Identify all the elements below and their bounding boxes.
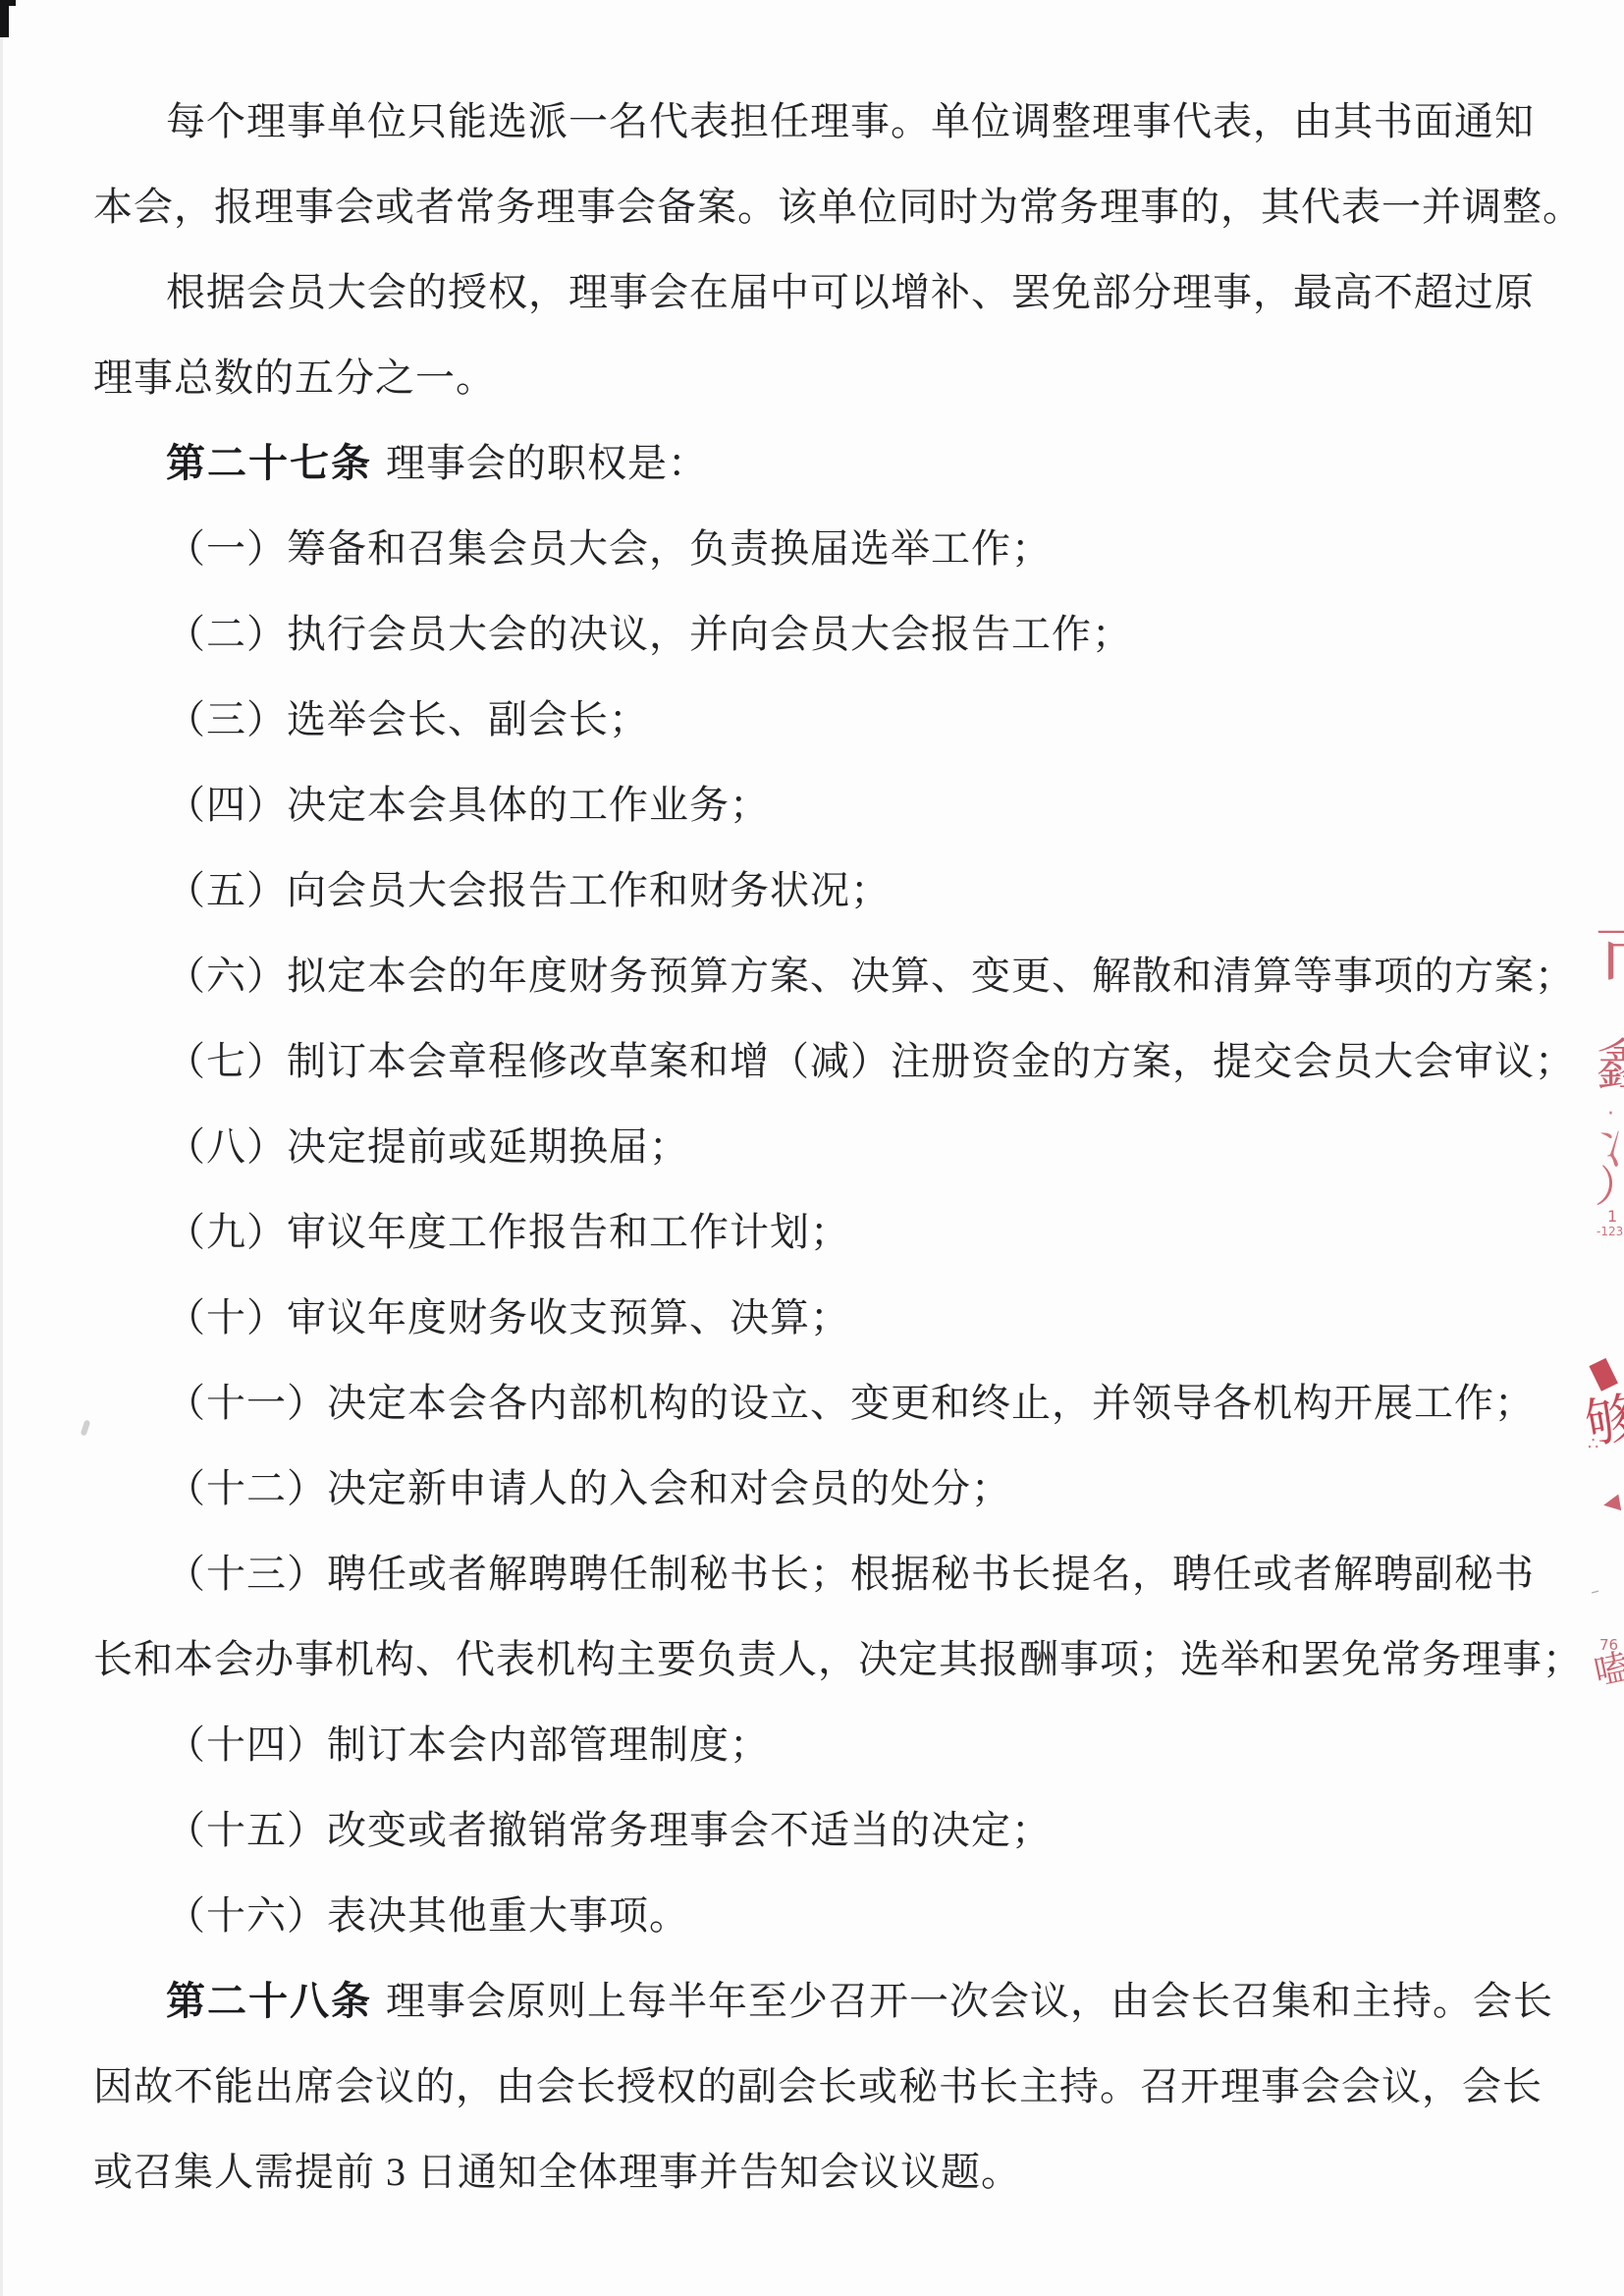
text-run: （九）审议年度工作报告和工作计划； (166, 1210, 850, 1254)
red-stamp-fragment: 鑫 (1597, 1039, 1624, 1094)
red-stamp-fragment: 够 (1582, 1391, 1624, 1452)
red-stamp-fragment: 冫 (1595, 1120, 1624, 1175)
text-run: （十六）表决其他重大事项。 (166, 1893, 689, 1938)
text-run: （十三）聘任或者解聘聘任制秘书长；根据秘书长提名，聘任或者解聘副秘书 (166, 1552, 1535, 1596)
text-run: （十二）决定新申请人的入会和对会员的处分； (166, 1466, 1011, 1510)
article-number: 第二十七条 (166, 442, 372, 485)
scan-corner-artifact-top (0, 0, 16, 6)
text-run: 长和本会办事机构、代表机构主要负责人，决定其报酬事项；选举和罢免常务理事； (93, 1637, 1583, 1681)
scan-speck-artifact (81, 1419, 91, 1436)
text-line: 本会，报理事会或者常务理事会备案。该单位同时为常务理事的，其代表一并调整。 (93, 164, 1566, 249)
text-line: 每个理事单位只能选派一名代表担任理事。单位调整理事代表，由其书面通知 (93, 79, 1566, 164)
red-stamp-fragment: ◀ (1601, 1492, 1621, 1516)
article-number: 第二十八条 (166, 1980, 372, 2023)
text-run: 或召集人需提前 3 日通知全体理事并告知会议议题。 (93, 2150, 1021, 2194)
text-line: （十四）制订本会内部管理制度； (93, 1702, 1566, 1787)
text-run: （十五）改变或者撤销常务理事会不适当的决定； (166, 1808, 1052, 1852)
scanned-document-page: 每个理事单位只能选派一名代表担任理事。单位调整理事代表，由其书面通知本会，报理事… (0, 0, 1624, 2296)
text-line: （十）审议年度财务收支预算、决算； (93, 1275, 1566, 1360)
document-text: 每个理事单位只能选派一名代表担任理事。单位调整理事代表，由其书面通知本会，报理事… (93, 79, 1566, 2214)
text-line: （十一）决定本会各内部机构的设立、变更和终止，并领导各机构开展工作； (93, 1360, 1566, 1446)
text-run: （五）向会员大会报告工作和财务状况； (166, 868, 891, 912)
red-stamp-fragment: -123 (1597, 1226, 1623, 1237)
red-stamp-fragment: ∴ (1588, 1436, 1598, 1453)
text-run: 理事会原则上每半年至少召开一次会议，由会长召集和主持。会长 (386, 1979, 1553, 2023)
text-run: 因故不能出席会议的，由会长授权的副会长或秘书长主持。召开理事会会议，会长 (93, 2064, 1543, 2108)
text-line: 第二十八条理事会原则上每半年至少召开一次会议，由会长召集和主持。会长 (93, 1958, 1566, 2044)
text-line: （十五）改变或者撤销常务理事会不适当的决定； (93, 1787, 1566, 1873)
text-line: （七）制订本会章程修改草案和增（减）注册资金的方案，提交会员大会审议； (93, 1018, 1566, 1104)
text-run: （十四）制订本会内部管理制度； (166, 1722, 770, 1767)
text-line: （十六）表决其他重大事项。 (93, 1873, 1566, 1958)
red-stamp-fragment: ） (1594, 1166, 1624, 1215)
red-stamp-fragment: 76 (1599, 1638, 1618, 1653)
text-line: （四）决定本会具体的工作业务； (93, 762, 1566, 847)
text-line: （十二）决定新申请人的入会和对会员的处分； (93, 1446, 1566, 1531)
text-line: （二）执行会员大会的决议，并向会员大会报告工作； (93, 591, 1566, 677)
text-run: 理事会的职权是： (386, 441, 708, 485)
red-stamp-fragment: 市 (1595, 918, 1624, 997)
red-stamp-fragment: 嗑 (1592, 1650, 1624, 1692)
text-run: （八）决定提前或延期换届； (166, 1124, 689, 1169)
red-stamp-fragment: 1 (1607, 1209, 1617, 1225)
text-line: 或召集人需提前 3 日通知全体理事并告知会议议题。 (93, 2129, 1566, 2214)
text-run: （一）筹备和召集会员大会，负责换届选举工作； (166, 526, 1052, 571)
text-line: 长和本会办事机构、代表机构主要负责人，决定其报酬事项；选举和罢免常务理事； (93, 1616, 1566, 1702)
text-run: （二）执行会员大会的决议，并向会员大会报告工作； (166, 612, 1132, 656)
text-line: 因故不能出席会议的，由会长授权的副会长或秘书长主持。召开理事会会议，会长 (93, 2044, 1566, 2129)
text-line: （十三）聘任或者解聘聘任制秘书长；根据秘书长提名，聘任或者解聘副秘书 (93, 1531, 1566, 1616)
text-run: （三）选举会长、副会长； (166, 697, 649, 741)
text-line: （一）筹备和召集会员大会，负责换届选举工作； (93, 506, 1566, 591)
red-stamp-fragment: █ (1591, 1360, 1617, 1390)
text-line: 根据会员大会的授权，理事会在届中可以增补、罢免部分理事，最高不超过原 (93, 249, 1566, 335)
text-run: （六）拟定本会的年度财务预算方案、决算、变更、解散和清算等事项的方案； (166, 954, 1575, 998)
text-run: 理事总数的五分之一。 (93, 355, 496, 400)
text-line: 第二十七条理事会的职权是： (93, 420, 1566, 506)
text-run: 每个理事单位只能选派一名代表担任理事。单位调整理事代表，由其书面通知 (166, 99, 1535, 143)
text-run: 本会，报理事会或者常务理事会备案。该单位同时为常务理事的，其代表一并调整。 (93, 185, 1583, 229)
text-run: （十）审议年度财务收支预算、决算； (166, 1295, 850, 1339)
text-run: 根据会员大会的授权，理事会在届中可以增补、罢免部分理事，最高不超过原 (166, 270, 1535, 314)
text-line: （九）审议年度工作报告和工作计划； (93, 1189, 1566, 1275)
text-line: （六）拟定本会的年度财务预算方案、决算、变更、解散和清算等事项的方案； (93, 933, 1566, 1018)
text-run: （十一）决定本会各内部机构的设立、变更和终止，并领导各机构开展工作； (166, 1381, 1535, 1425)
red-stamp-fragment: · (1607, 1104, 1614, 1125)
text-line: （八）决定提前或延期换届； (93, 1104, 1566, 1189)
red-stamp-fragment: – (1589, 1582, 1601, 1602)
text-line: 理事总数的五分之一。 (93, 335, 1566, 420)
text-run: （四）决定本会具体的工作业务； (166, 783, 770, 827)
text-line: （三）选举会长、副会长； (93, 677, 1566, 762)
text-run: （七）制订本会章程修改草案和增（减）注册资金的方案，提交会员大会审议； (166, 1039, 1575, 1083)
text-line: （五）向会员大会报告工作和财务状况； (93, 847, 1566, 933)
